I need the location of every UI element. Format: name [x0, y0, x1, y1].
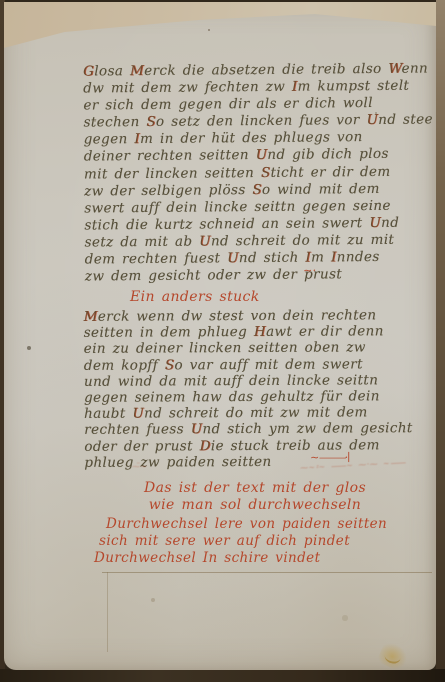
rubric-heading-durchwechseln: Das ist der text mit der glos wie man so…	[88, 480, 422, 513]
rubricated-capital: M	[84, 309, 98, 325]
rubricated-capital: S	[261, 164, 271, 180]
book-bottom-edge	[0, 669, 445, 682]
gold-stain-mark	[376, 639, 411, 672]
rubricated-capital: I	[292, 79, 298, 95]
verse-line: Durchwechsel lere von paiden seitten	[94, 516, 387, 533]
rubricated-capital: U	[366, 112, 378, 128]
rubricated-capital: U	[199, 233, 211, 249]
verse-line: sich mit sere wer auf dich pindet	[94, 533, 387, 550]
rubricated-capital: S	[146, 114, 156, 130]
zettel-verse: Durchwechsel lere von paiden seitten sic…	[94, 516, 387, 567]
rubricated-capital: I	[331, 249, 337, 265]
stuck-paragraph: Merck wenn dw stest von dein rechten sei…	[84, 307, 413, 471]
text-line: oder der prust Die stuck treib aus dem	[84, 437, 413, 455]
page-stack-edge	[436, 0, 445, 682]
rubricated-capital: W	[388, 61, 401, 77]
page-fold-crease	[4, 2, 436, 54]
text-line: dem kopff So var auff mit dem swert	[84, 356, 413, 374]
text-line: haubt Und schreit do mit zw mit dem	[84, 404, 413, 422]
rubricated-capital: U	[227, 250, 239, 266]
rubricated-capital: I	[134, 131, 140, 147]
faint-offset-marks-small: ⁓̈∼	[132, 462, 148, 471]
glosa-paragraph: Glosa Merck die absetzen die treib also …	[83, 60, 434, 285]
text-line: zw dem gesicht oder zw der prust	[85, 266, 435, 286]
rubricated-capital: H	[254, 324, 266, 340]
text-line: gegen seinem haw das gehultz für dein	[84, 388, 413, 406]
rubricated-capital: S	[252, 182, 262, 198]
text-line: seitten in dem phlueg Hawt er dir denn	[84, 323, 413, 341]
verse-line: Durchwechsel In schire vindet	[94, 550, 387, 567]
paragraph-end-mark: ∼·	[303, 264, 317, 277]
dust-specks	[4, 2, 6, 4]
rubricated-capital: M	[130, 63, 144, 79]
rubricated-capital: S	[165, 357, 175, 373]
rubricated-capital: U	[369, 215, 381, 231]
ruling-line-vertical	[107, 572, 108, 652]
rubricated-capital: G	[83, 63, 94, 79]
rubricated-capital: D	[200, 438, 211, 454]
text-line: Merck wenn dw stest von dein rechten	[84, 307, 413, 325]
rubricated-capital: U	[132, 406, 144, 422]
rubricated-capital: U	[256, 147, 268, 163]
section-heading-anders-stuck: Ein anders stuck	[130, 289, 260, 305]
parchment-page: Glosa Merck die absetzen die treib also …	[4, 2, 436, 670]
rubricated-capital: U	[191, 422, 203, 438]
manuscript-photo: Glosa Merck die absetzen die treib also …	[0, 0, 445, 682]
text-line: ein zu deiner lincken seitten oben zw	[84, 340, 413, 358]
text-line: rechten fuess Und stich ym zw dem gesich…	[84, 420, 413, 438]
ruling-line-horizontal	[102, 572, 432, 573]
rubric-heading-line: wie man sol durchwechseln	[88, 497, 422, 514]
rubric-heading-line: Das ist der text mit der glos	[88, 480, 422, 497]
text-line: und wind da mit auff dein lincke seittn	[84, 372, 413, 390]
